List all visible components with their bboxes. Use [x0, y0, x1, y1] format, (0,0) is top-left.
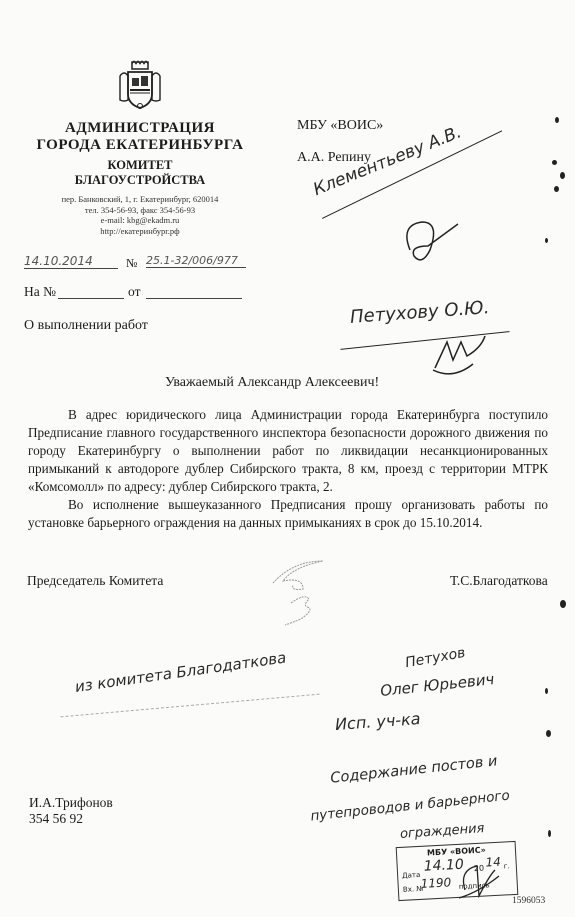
signature-scribble-2	[425, 330, 495, 380]
address: пер. Банковский, 1, г. Екатеринбург, 620…	[20, 194, 260, 205]
body-paragraph-2: Во исполнение вышеуказанного Предписания…	[28, 496, 548, 532]
org-name-line2: ГОРОДА ЕКАТЕРИНБУРГА	[20, 137, 260, 154]
scan-speck	[545, 688, 548, 694]
handwritten-line-2a: Петухов	[404, 645, 467, 671]
handwritten-line-3: Исп. уч-ка	[334, 709, 421, 734]
handwritten-line-4: Содержание постов и	[330, 753, 499, 786]
recipient-org: МБУ «ВОИС»	[297, 118, 383, 134]
handwritten-line-1: из комитета Благодаткова	[74, 648, 288, 695]
letterhead: АДМИНИСТРАЦИЯ ГОРОДА ЕКАТЕРИНБУРГА КОМИТ…	[20, 60, 260, 236]
signature-title: Председатель Комитета	[27, 573, 163, 589]
phone: тел. 354-56-93, факс 354-56-93	[20, 205, 260, 216]
subject: О выполнении работ	[24, 318, 148, 334]
handwritten-underline	[60, 694, 319, 718]
scan-speck	[560, 600, 566, 608]
scan-speck	[554, 186, 559, 192]
body-paragraph-1: В адрес юридического лица Администрации …	[28, 406, 548, 496]
reply-date-field	[146, 298, 242, 299]
handwritten-line-6: ограждения	[400, 821, 485, 842]
stamp-signature	[455, 860, 505, 905]
email: e-mail: kbg@ekadm.ru	[20, 215, 260, 226]
scan-speck	[548, 830, 551, 837]
stamp-date-label: Дата	[402, 871, 421, 880]
dept-name-line1: КОМИТЕТ	[20, 158, 260, 173]
reply-number-label: На №	[24, 284, 56, 300]
signature-mark	[265, 555, 345, 630]
scan-speck	[546, 730, 551, 737]
stamp-in-no-value: 1190	[420, 875, 451, 891]
dept-name-line2: БЛАГОУСТРОЙСТВА	[20, 173, 260, 188]
executor-name: И.А.Трифонов	[29, 795, 113, 811]
outgoing-date: 14.10.2014	[24, 254, 118, 269]
stamp-org: МБУ «ВОИС»	[427, 845, 486, 857]
scan-speck	[545, 238, 548, 243]
resolution-note-2: Петухову О.Ю.	[349, 297, 490, 328]
letter-body: В адрес юридического лица Администрации …	[28, 406, 548, 532]
org-name-line1: АДМИНИСТРАЦИЯ	[20, 120, 260, 137]
scan-speck	[560, 172, 565, 179]
reply-from-label: от	[128, 284, 140, 300]
handwritten-line-5: путепроводов и барьерного	[310, 788, 511, 825]
handwritten-line-2b: Олег Юрьевич	[379, 670, 495, 700]
executor-phone: 354 56 92	[29, 811, 83, 827]
coat-of-arms-icon	[116, 60, 164, 112]
number-label: №	[126, 256, 137, 271]
scan-speck	[555, 117, 559, 123]
signatory-name: Т.С.Благодаткова	[450, 573, 548, 589]
salutation: Уважаемый Александр Алексеевич!	[165, 375, 379, 391]
scan-speck	[552, 160, 557, 165]
reply-number-field	[58, 298, 124, 299]
outgoing-number: 25.1-32/006/977	[146, 254, 246, 268]
document-id: 1596053	[512, 896, 545, 906]
website: http://екатеринбург.рф	[20, 226, 260, 237]
signature-scribble-1	[390, 210, 470, 280]
